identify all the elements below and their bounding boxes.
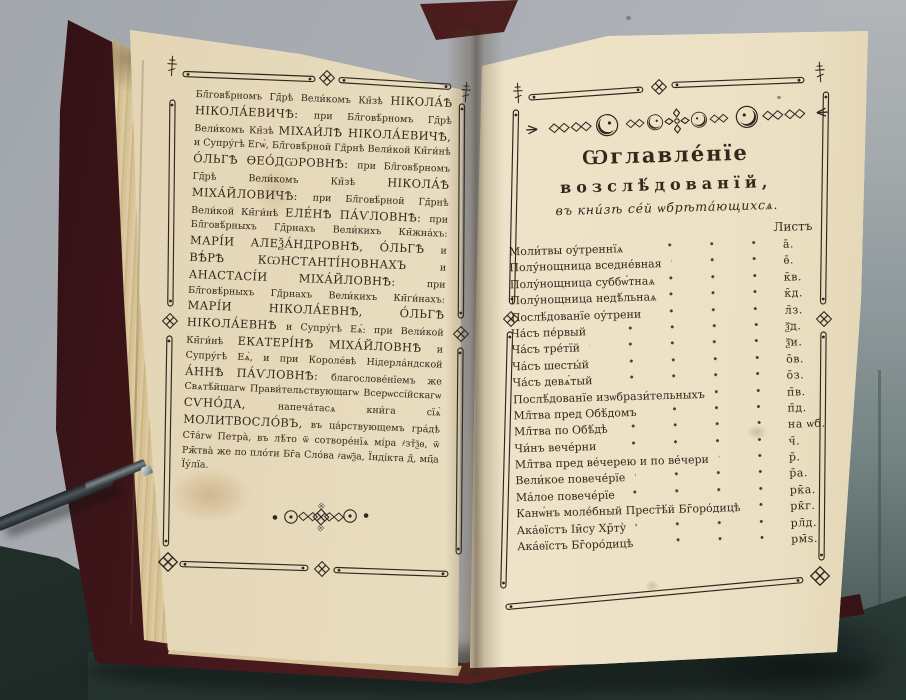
toc-leaf-number: рм̄ѕ. <box>791 531 835 545</box>
toc-entry-label: Ча́съ шесты́й <box>512 358 589 373</box>
toc-dots-leader <box>665 271 776 284</box>
book-gutter-shadow <box>446 28 504 676</box>
toc-leaf-number: р̄. <box>789 450 833 464</box>
toc-leaf-number: рк̄г. <box>790 499 834 513</box>
toc-leaf-number: о̄з. <box>786 368 830 382</box>
toc-leaf-number: р̄а. <box>789 466 833 480</box>
colophon-segment: А́ННѢ ПА́ѴЛОВНѢ: <box>185 363 332 383</box>
page-title-line3: въ кни́зѣ се́й ѡбрѣта́ющихсѧ. <box>508 196 826 221</box>
toc-leaf-number: л̄з. <box>785 302 829 316</box>
toc-leaf-number: рк̄а. <box>790 482 834 496</box>
toc-dots-leader <box>750 500 782 511</box>
photo-old-prayer-book: Бл̄говѣ́рномъ Гд̄рѣ Вели́комъ Кн̄зѣ НІКО… <box>0 0 906 700</box>
colophon-segment: ЕЛЕ́НѢ ПА́ѴЛОВНѢ: <box>285 205 430 225</box>
toc-entry-label: Чи́нъ вече́рни <box>514 440 596 455</box>
toc-list: Моли́твы оу́треннїѧ а̄. Полу́нощница все… <box>509 237 836 557</box>
toc-entry-label: Ма́лое повече́рїе <box>516 488 615 504</box>
page-speck <box>777 96 781 99</box>
toc-dots-leader <box>666 287 776 300</box>
toc-leaf-number: п̄в. <box>787 384 831 398</box>
toc-entry-label: Мл̄тва по Обѣ́дѣ <box>514 423 608 439</box>
toc-entry-label: Моли́твы оу́треннїѧ <box>509 242 623 258</box>
toc-entry-label: Ака́ѳїстъ Іӣсу Хр̄ту̀ <box>517 521 627 537</box>
colophon-segment: МОЛИТВОСЛО́ВЪ, <box>183 412 311 431</box>
toc-leaf-number: ѯ̄и. <box>785 335 829 349</box>
toc-entry-label: Полу́нощница недѣ́льнаѧ <box>510 290 657 307</box>
metal-pointer-tool <box>0 450 180 560</box>
toc-leaf-number: рл̄д. <box>790 515 834 529</box>
toc-dots-leader <box>719 451 781 463</box>
toc-dots-leader <box>651 304 777 318</box>
colophon-segment: въ ца́рствующемъ гра́дѣ Ст̄а́гѡ Петра̀, … <box>181 420 440 471</box>
toc-entry-label: Ча́съ пе́рвый <box>511 325 586 340</box>
toc-entry-label: Мл̄тва пред Обѣ́домъ <box>513 406 636 422</box>
toc-entry-label: Полу́нощница суббѡ́тнаѧ <box>510 274 655 291</box>
toc-entry-label: Вели́кое повече́рїе <box>515 472 625 488</box>
toc-entry-label: Послѣ́дованїе оу́трени <box>511 307 642 324</box>
toc-dots-leader <box>671 254 775 267</box>
wall-speck <box>626 16 631 20</box>
colophon-segment: СѴНО́ДА, <box>184 395 279 413</box>
toc-leaf-number: п̄д. <box>787 400 831 414</box>
toc-entry-label: Ча́съ тре́тїй <box>512 342 581 357</box>
left-page-colophon-text: Бл̄говѣ́рномъ Гд̄рѣ Вели́комъ Кн̄зѣ НІКО… <box>181 86 453 483</box>
toc-dots-leader <box>715 385 780 397</box>
toc-leaf-number: к̄д. <box>784 286 828 300</box>
right-page-contents: Ѡглавле́нїе возслѣ́дованїй, въ кни́зѣ се… <box>506 138 835 557</box>
tool-tip-highlight <box>141 464 154 476</box>
toc-leaf-number: на ѡб. <box>788 417 832 431</box>
toc-leaf-number: ѯ̄д. <box>785 318 829 332</box>
toc-entry-label: Ака́ѳїстъ Бг̄оро́дицѣ <box>517 537 633 553</box>
toc-dots-leader <box>633 238 775 252</box>
toc-entry-label: Ча́съ девѧ́тый <box>512 374 592 389</box>
toc-leaf-number: о̄в. <box>786 351 830 365</box>
colophon-segment: О́ЛЬГѢ ѲЕО́ДѠРОВНѢ: <box>193 151 358 171</box>
toc-leaf-number: к̄в. <box>784 269 828 283</box>
toc-leaf-number: ч̄. <box>788 433 832 447</box>
toc-leaf-number: а̄. <box>783 237 827 251</box>
toc-leaf-number: ѳ̄. <box>783 253 827 267</box>
page-title-line2: возслѣ́дованїй, <box>507 171 825 199</box>
